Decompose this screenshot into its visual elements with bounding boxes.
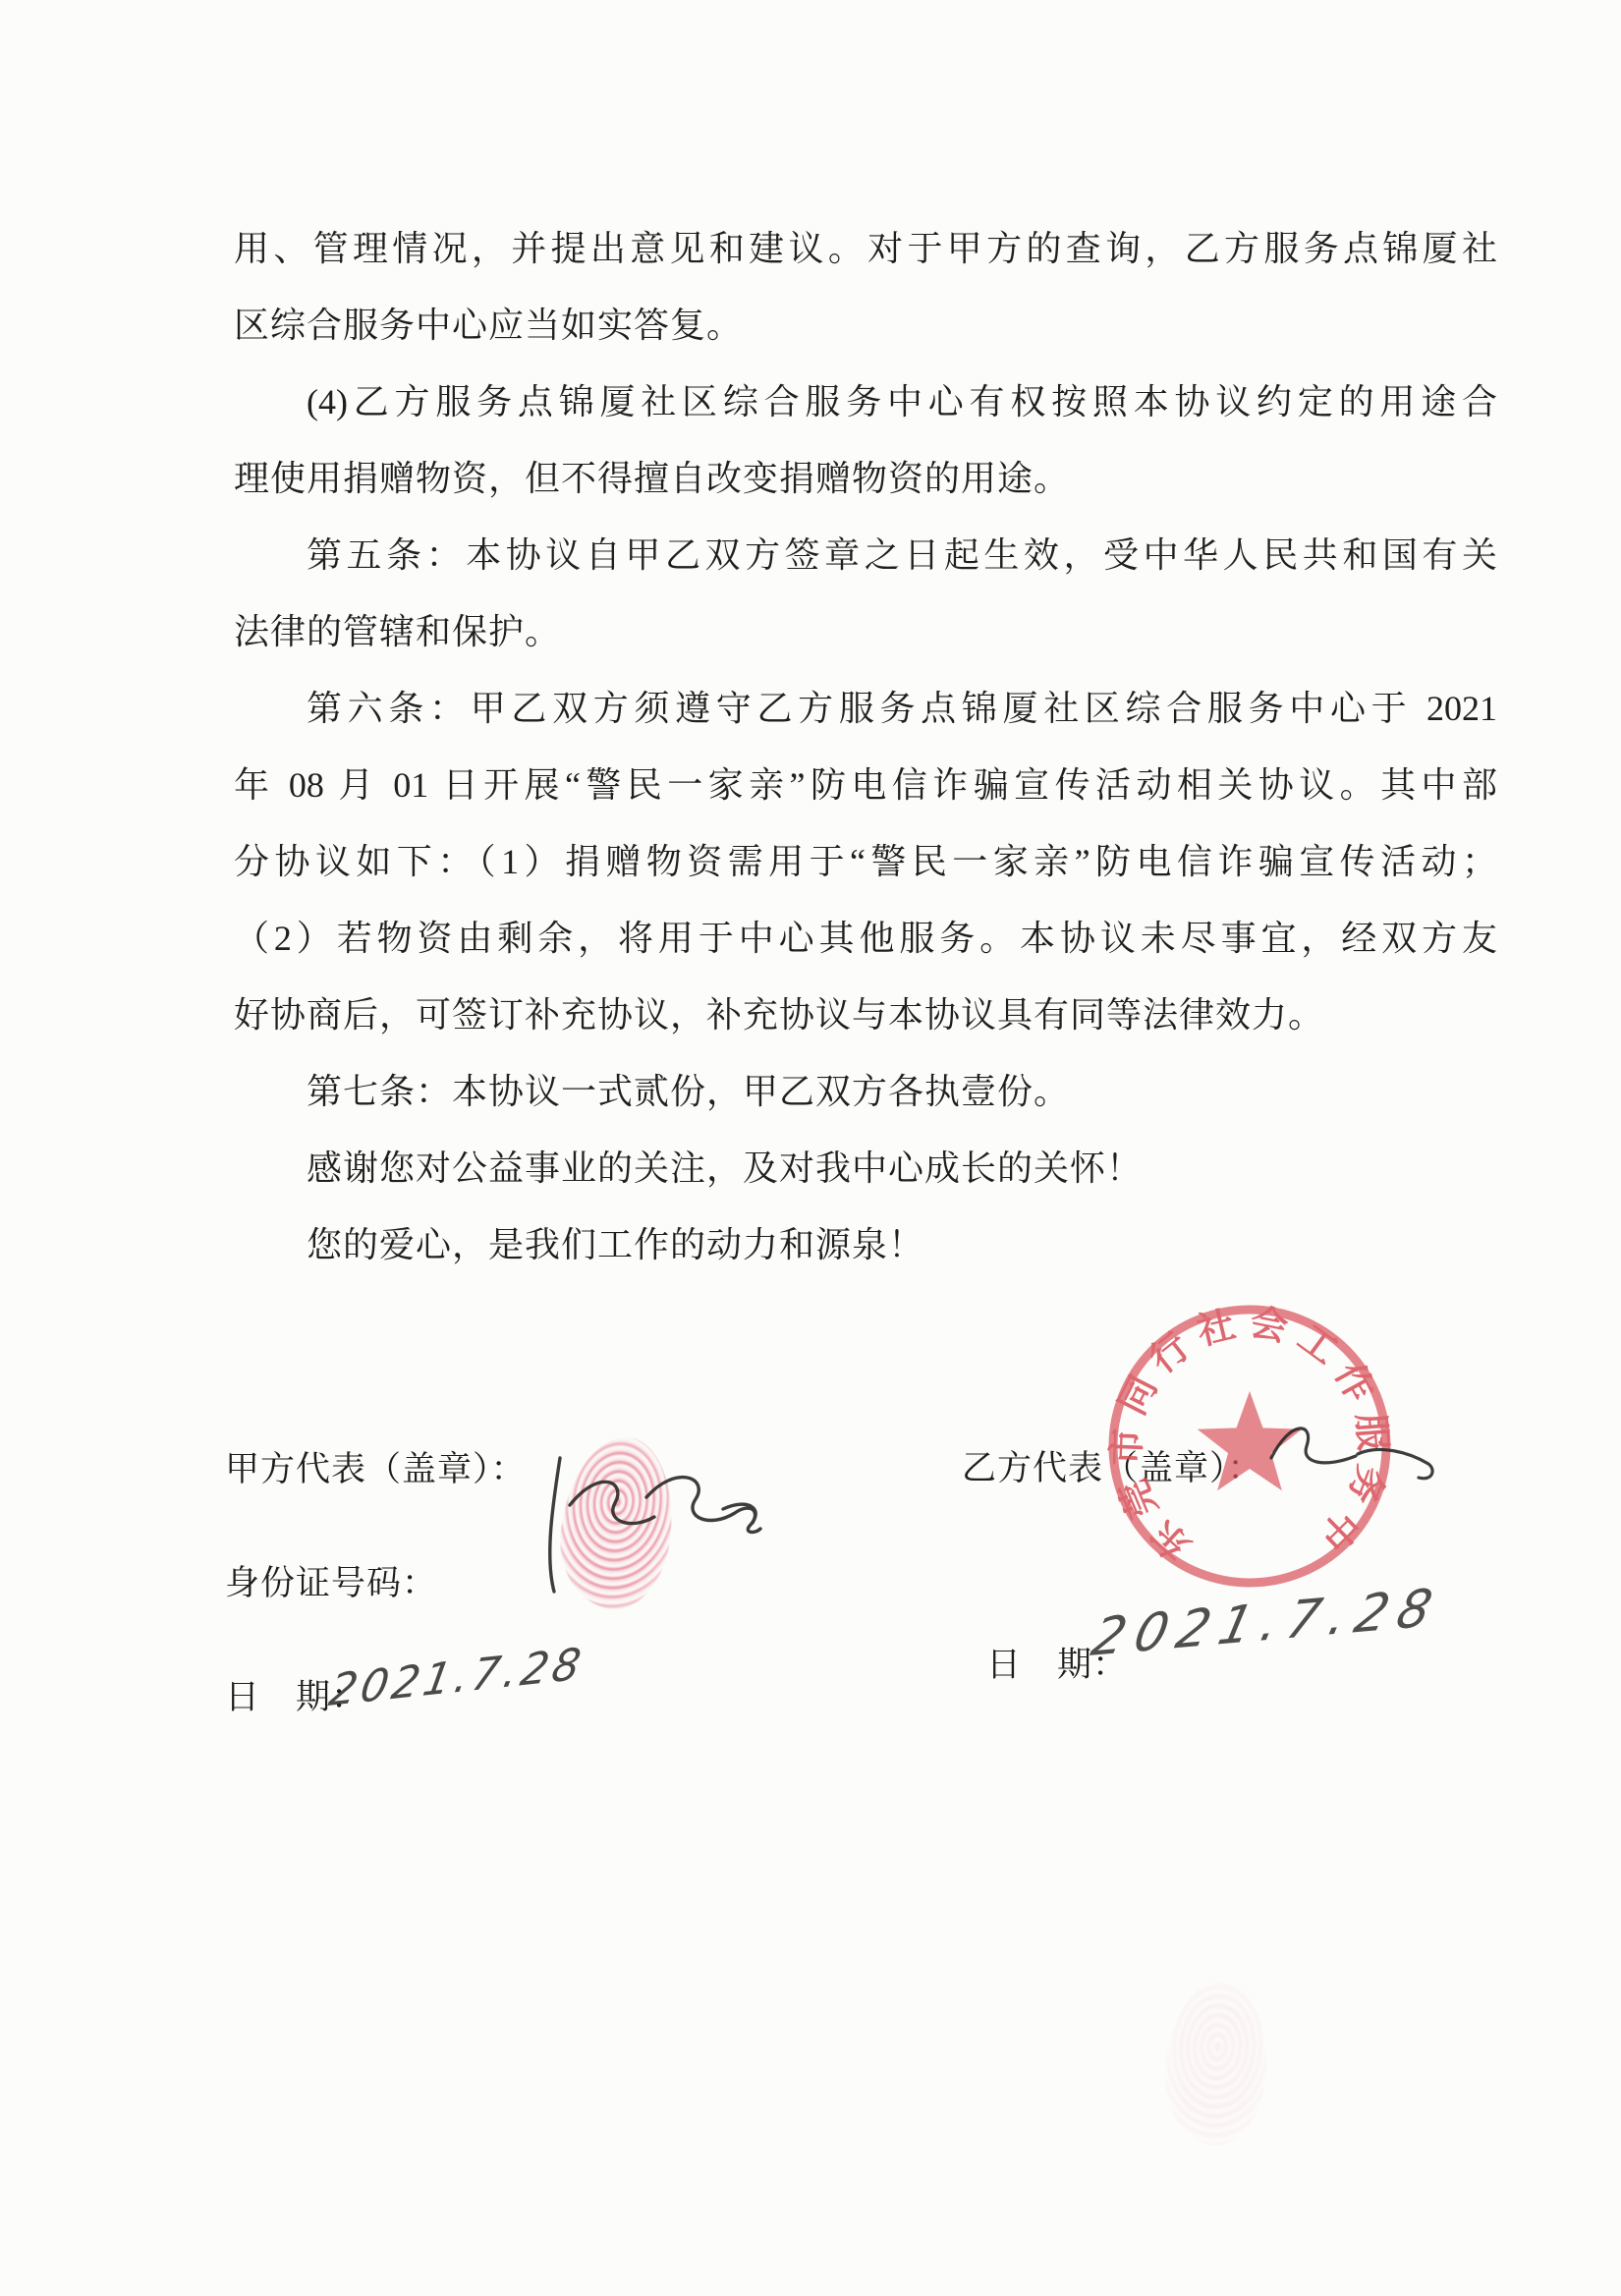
body-line: 用、管理情况，并提出意见和建议。对于甲方的查询，乙方服务点锦厦社 bbox=[234, 210, 1497, 287]
scanned-agreement-page: 用、管理情况，并提出意见和建议。对于甲方的查询，乙方服务点锦厦社 区综合服务中心… bbox=[0, 0, 1621, 2296]
body-line: 理使用捐赠物资，但不得擅自改变捐赠物资的用途。 bbox=[234, 440, 1497, 517]
body-line: 分协议如下：（1）捐赠物资需用于“警民一家亲”防电信诈骗宣传活动； bbox=[234, 823, 1497, 900]
body-line: 感谢您对公益事业的关注，及对我中心成长的关怀！ bbox=[234, 1130, 1497, 1206]
party-a-id-label: 身份证号码： bbox=[225, 1556, 437, 1605]
body-line: (4)乙方服务点锦厦社区综合服务中心有权按照本协议约定的用途合 bbox=[234, 364, 1497, 440]
body-line: 区综合服务中心应当如实答复。 bbox=[234, 287, 1497, 364]
body-line: 您的爱心，是我们工作的动力和源泉！ bbox=[234, 1206, 1497, 1283]
body-line: 第六条：甲乙双方须遵守乙方服务点锦厦社区综合服务中心于 2021 bbox=[234, 670, 1497, 747]
body-line: 第七条：本协议一式贰份，甲乙双方各执壹份。 bbox=[234, 1053, 1497, 1130]
body-line: （2）若物资由剩余，将用于中心其他服务。本协议未尽事宜，经双方友 bbox=[234, 900, 1497, 977]
party-a-label: 甲方代表（盖章）： bbox=[225, 1442, 527, 1491]
body-line: 好协商后，可签订补充协议，补充协议与本协议具有同等法律效力。 bbox=[234, 977, 1497, 1053]
fingerprint-smudge bbox=[1159, 1978, 1272, 2150]
body-line: 年 08 月 01 日开展“警民一家亲”防电信诈骗宣传活动相关协议。其中部 bbox=[234, 747, 1497, 823]
party-a-signature-ink bbox=[531, 1436, 766, 1613]
document-body: 用、管理情况，并提出意见和建议。对于甲方的查询，乙方服务点锦厦社 区综合服务中心… bbox=[234, 210, 1497, 1283]
party-a-date-handwriting: 2021.7.28 bbox=[325, 1639, 588, 1716]
body-line: 第五条：本协议自甲乙双方签章之日起生效，受中华人民共和国有关 bbox=[234, 517, 1497, 593]
body-line: 法律的管辖和保护。 bbox=[234, 593, 1497, 670]
party-b-signature-ink bbox=[1263, 1407, 1440, 1505]
